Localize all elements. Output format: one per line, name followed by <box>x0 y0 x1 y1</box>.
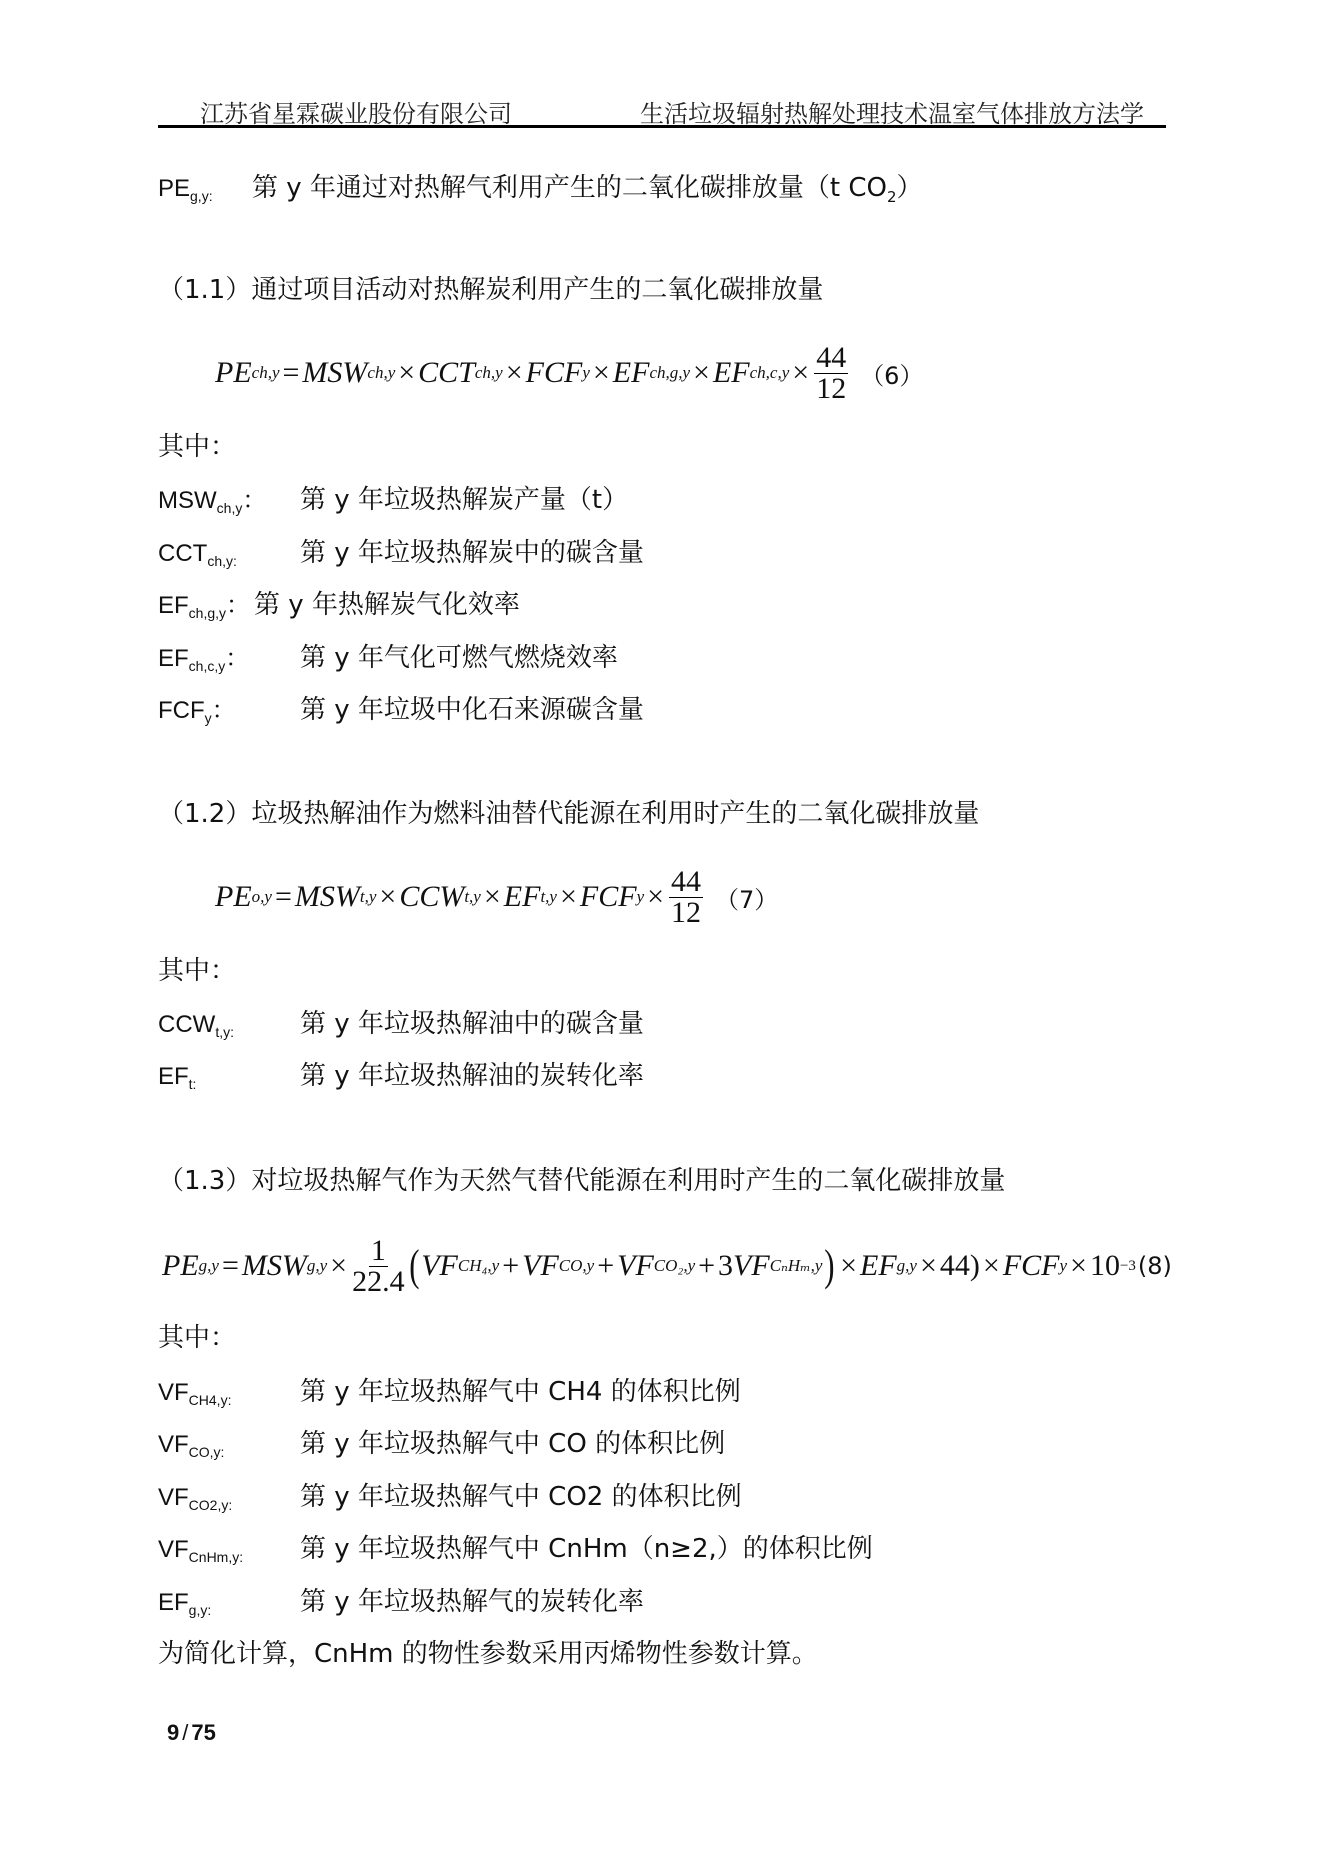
where-label: 其中： <box>158 955 236 987</box>
note-text: 为简化计算，CnHm 的物性参数采用丙烯物性参数计算。 <box>158 1638 818 1670</box>
definition-row: VFCO,y: <box>158 1428 224 1468</box>
fraction: 4412 <box>669 867 703 928</box>
intro-definition: PEg,y: <box>158 172 213 212</box>
equation-number: （7） <box>715 880 778 915</box>
equation-number: (8) <box>1138 1252 1172 1280</box>
section-heading-1-3: （1.3）对垃圾热解气作为天然气替代能源在利用时产生的二氧化碳排放量 <box>158 1165 1005 1197</box>
header-company: 江苏省星霖碳业股份有限公司 <box>200 94 512 129</box>
definition-text: 第 y 年垃圾热解气的炭转化率 <box>300 1586 644 1618</box>
definition-row: CCWt,y: <box>158 1008 234 1048</box>
definition-text: 第 y 年垃圾热解气中 CH4 的体积比例 <box>300 1376 741 1408</box>
definition-text: 第 y 年垃圾热解气中 CnHm（n≥2,）的体积比例 <box>300 1533 873 1565</box>
definition-text: 第 y 年垃圾热解气中 CO2 的体积比例 <box>300 1481 742 1513</box>
definition-row: MSWch,y： <box>158 484 266 524</box>
definition-row: EFt: <box>158 1060 196 1100</box>
section-heading-1-1: （1.1）通过项目活动对热解炭利用产生的二氧化碳排放量 <box>158 274 823 306</box>
definition-text: 第 y 年气化可燃气燃烧效率 <box>300 642 618 674</box>
page-number: 9/75 <box>167 1720 216 1746</box>
definition-text: 第 y 年垃圾热解油的炭转化率 <box>300 1060 644 1092</box>
header-rule <box>158 125 1166 128</box>
definition-text: 第 y 年垃圾中化石来源碳含量 <box>300 694 644 726</box>
intro-definition-text: 第 y 年通过对热解气利用产生的二氧化碳排放量（t CO2） <box>252 172 923 213</box>
definition-symbol: PEg,y: <box>158 175 213 202</box>
definition-text: 第 y 年垃圾热解炭中的碳含量 <box>300 537 644 569</box>
header-title: 生活垃圾辐射热解处理技术温室气体排放方法学 <box>640 94 1144 129</box>
definition-row: CCTch,y: <box>158 537 237 577</box>
where-label: 其中： <box>158 431 236 463</box>
definition-row: VFCH4,y: <box>158 1376 231 1416</box>
definition-row: VFCnHm,y: <box>158 1533 243 1573</box>
definition-row: EFch,g,y： <box>158 589 250 629</box>
definition-row: EFg,y: <box>158 1586 211 1626</box>
definition-text: 第 y 年垃圾热解炭产量（t） <box>300 484 628 516</box>
fraction: 122.4 <box>352 1236 405 1297</box>
equation-8: PEg,y = MSWg,y × 122.4 ( VFCH₄,y + VFCO,… <box>162 1228 1172 1304</box>
where-label: 其中： <box>158 1322 236 1354</box>
equation-6: PEch,y = MSWch,y × CCTch,y × FCFy × EFch… <box>215 338 923 408</box>
definition-text: 第 y 年垃圾热解油中的碳含量 <box>300 1008 644 1040</box>
fraction: 4412 <box>814 343 848 404</box>
definition-text: 第 y 年热解炭气化效率 <box>254 589 520 621</box>
section-heading-1-2: （1.2）垃圾热解油作为燃料油替代能源在利用时产生的二氧化碳排放量 <box>158 798 979 830</box>
definition-row: FCFy： <box>158 694 236 734</box>
equation-number: （6） <box>860 356 923 391</box>
definition-row: EFch,c,y： <box>158 642 249 682</box>
definition-row: VFCO2,y: <box>158 1481 232 1521</box>
definition-text: 第 y 年垃圾热解气中 CO 的体积比例 <box>300 1428 725 1460</box>
equation-7: PEo,y = MSWt,y × CCWt,y × EFt,y × FCFy ×… <box>215 862 778 932</box>
